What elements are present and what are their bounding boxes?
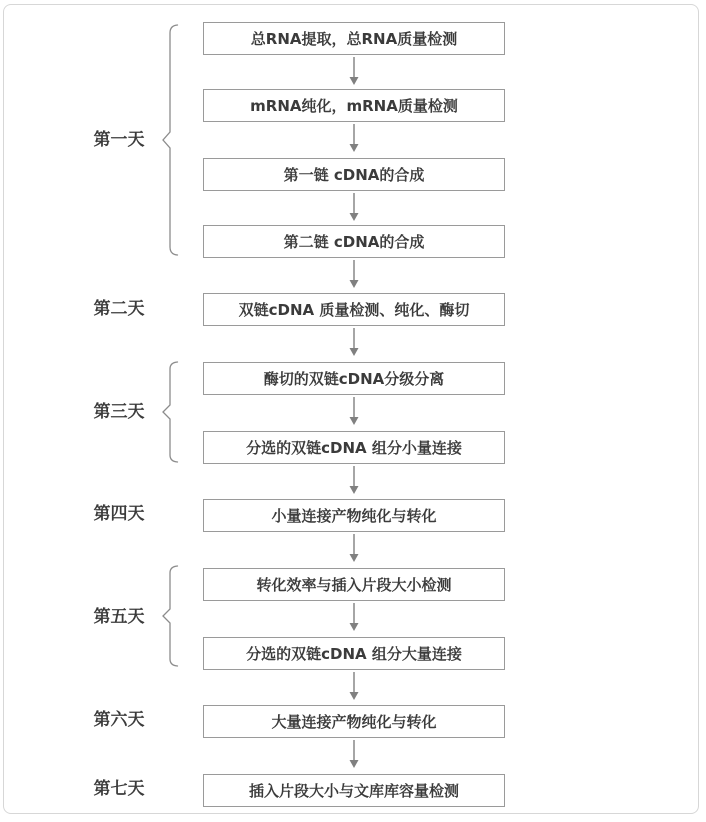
down-arrow-8 <box>348 534 360 562</box>
step-box-total-rna: 总RNA提取，总RNA质量检测 <box>203 22 505 55</box>
day3-brace-icon <box>160 361 180 463</box>
step-box-first-strand: 第一链 cDNA的合成 <box>203 158 505 191</box>
down-arrow-1 <box>348 57 360 85</box>
down-arrow-6 <box>348 397 360 425</box>
day-label-4: 第四天 <box>88 503 150 525</box>
day1-brace-icon <box>160 24 180 256</box>
day-label-6: 第六天 <box>88 709 150 731</box>
down-arrow-5 <box>348 328 360 356</box>
down-arrow-10 <box>348 672 360 700</box>
step-box-small-transform: 小量连接产物纯化与转化 <box>203 499 505 532</box>
workflow-diagram: 第一天 第二天 第三天 第四天 第五天 第六天 第七天 总RNA提取，总RNA质… <box>0 0 706 822</box>
step-box-library-check: 插入片段大小与文库库容量检测 <box>203 774 505 807</box>
day5-brace-icon <box>160 565 180 667</box>
day-label-5: 第五天 <box>88 606 150 628</box>
down-arrow-11 <box>348 740 360 768</box>
day-label-3: 第三天 <box>88 401 150 423</box>
down-arrow-3 <box>348 193 360 221</box>
step-box-large-ligation: 分选的双链cDNA 组分大量连接 <box>203 637 505 670</box>
day-label-1: 第一天 <box>88 129 150 151</box>
step-box-dscdna-qc: 双链cDNA 质量检测、纯化、酶切 <box>203 293 505 326</box>
step-box-second-strand: 第二链 cDNA的合成 <box>203 225 505 258</box>
step-box-large-transform: 大量连接产物纯化与转化 <box>203 705 505 738</box>
down-arrow-9 <box>348 603 360 631</box>
step-box-efficiency-check: 转化效率与插入片段大小检测 <box>203 568 505 601</box>
step-box-mrna: mRNA纯化，mRNA质量检测 <box>203 89 505 122</box>
down-arrow-2 <box>348 124 360 152</box>
day-label-7: 第七天 <box>88 778 150 800</box>
step-box-fractionation: 酶切的双链cDNA分级分离 <box>203 362 505 395</box>
down-arrow-4 <box>348 260 360 288</box>
step-box-small-ligation: 分选的双链cDNA 组分小量连接 <box>203 431 505 464</box>
down-arrow-7 <box>348 466 360 494</box>
day-label-2: 第二天 <box>88 298 150 320</box>
